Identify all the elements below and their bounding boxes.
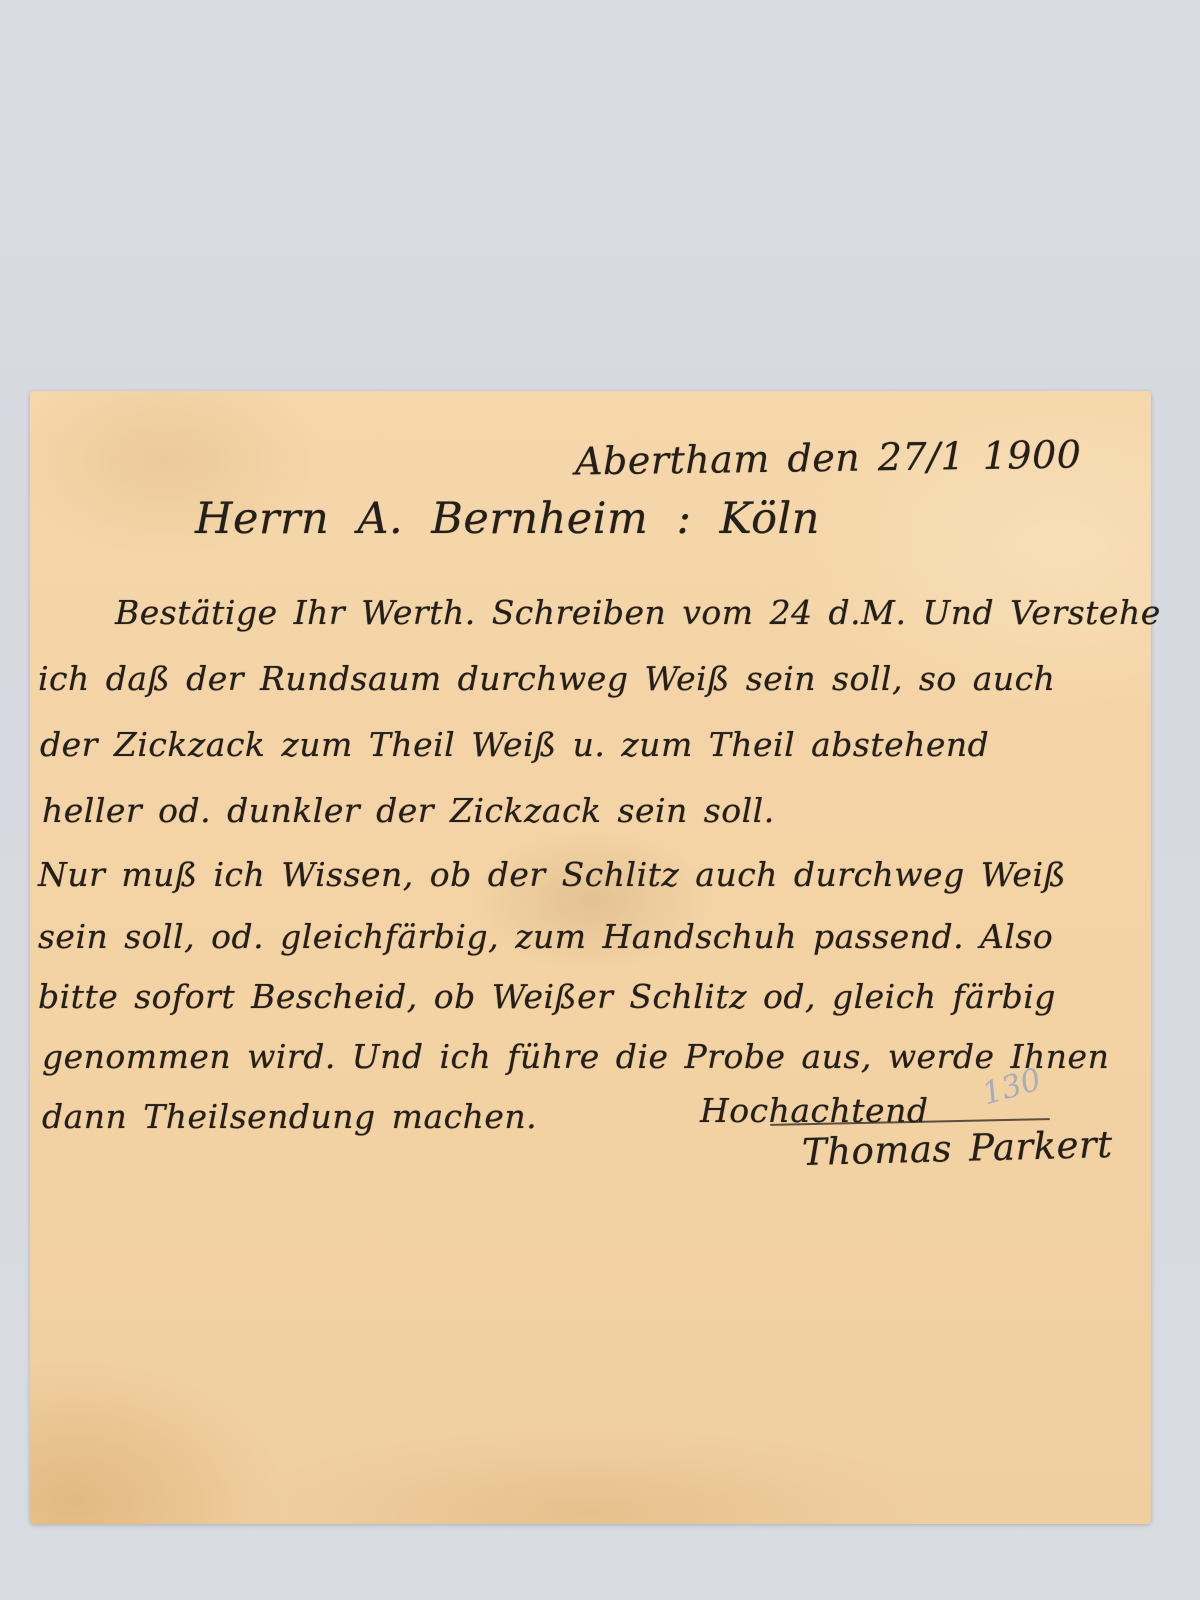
body-line: genommen wird. Und ich führe die Probe a… [42,1037,1109,1076]
body-line: sein soll, od. gleichfärbig, zum Handsch… [38,917,1053,956]
scan-background: Abertham den 27/1 1900 Herrn A. Bernheim… [0,0,1200,1600]
body-line: Nur muß ich Wissen, ob der Schlitz auch … [38,855,1066,894]
body-line: der Zickzack zum Theil Weiß u. zum Theil… [40,725,989,764]
body-line: bitte sofort Bescheid, ob Weißer Schlitz… [38,977,1056,1016]
body-line: Bestätige Ihr Werth. Schreiben vom 24 d.… [115,593,1161,632]
body-line: dann Theilsendung machen. [42,1097,537,1136]
body-line: ich daß der Rundsaum durchweg Weiß sein … [38,659,1055,698]
postcard: Abertham den 27/1 1900 Herrn A. Bernheim… [30,391,1151,1524]
salutation: Herrn A. Bernheim : Köln [195,494,820,544]
dateline: Abertham den 27/1 1900 [575,432,1082,483]
signature: Thomas Parkert [801,1123,1113,1174]
body-line: heller od. dunkler der Zickzack sein sol… [42,791,775,830]
